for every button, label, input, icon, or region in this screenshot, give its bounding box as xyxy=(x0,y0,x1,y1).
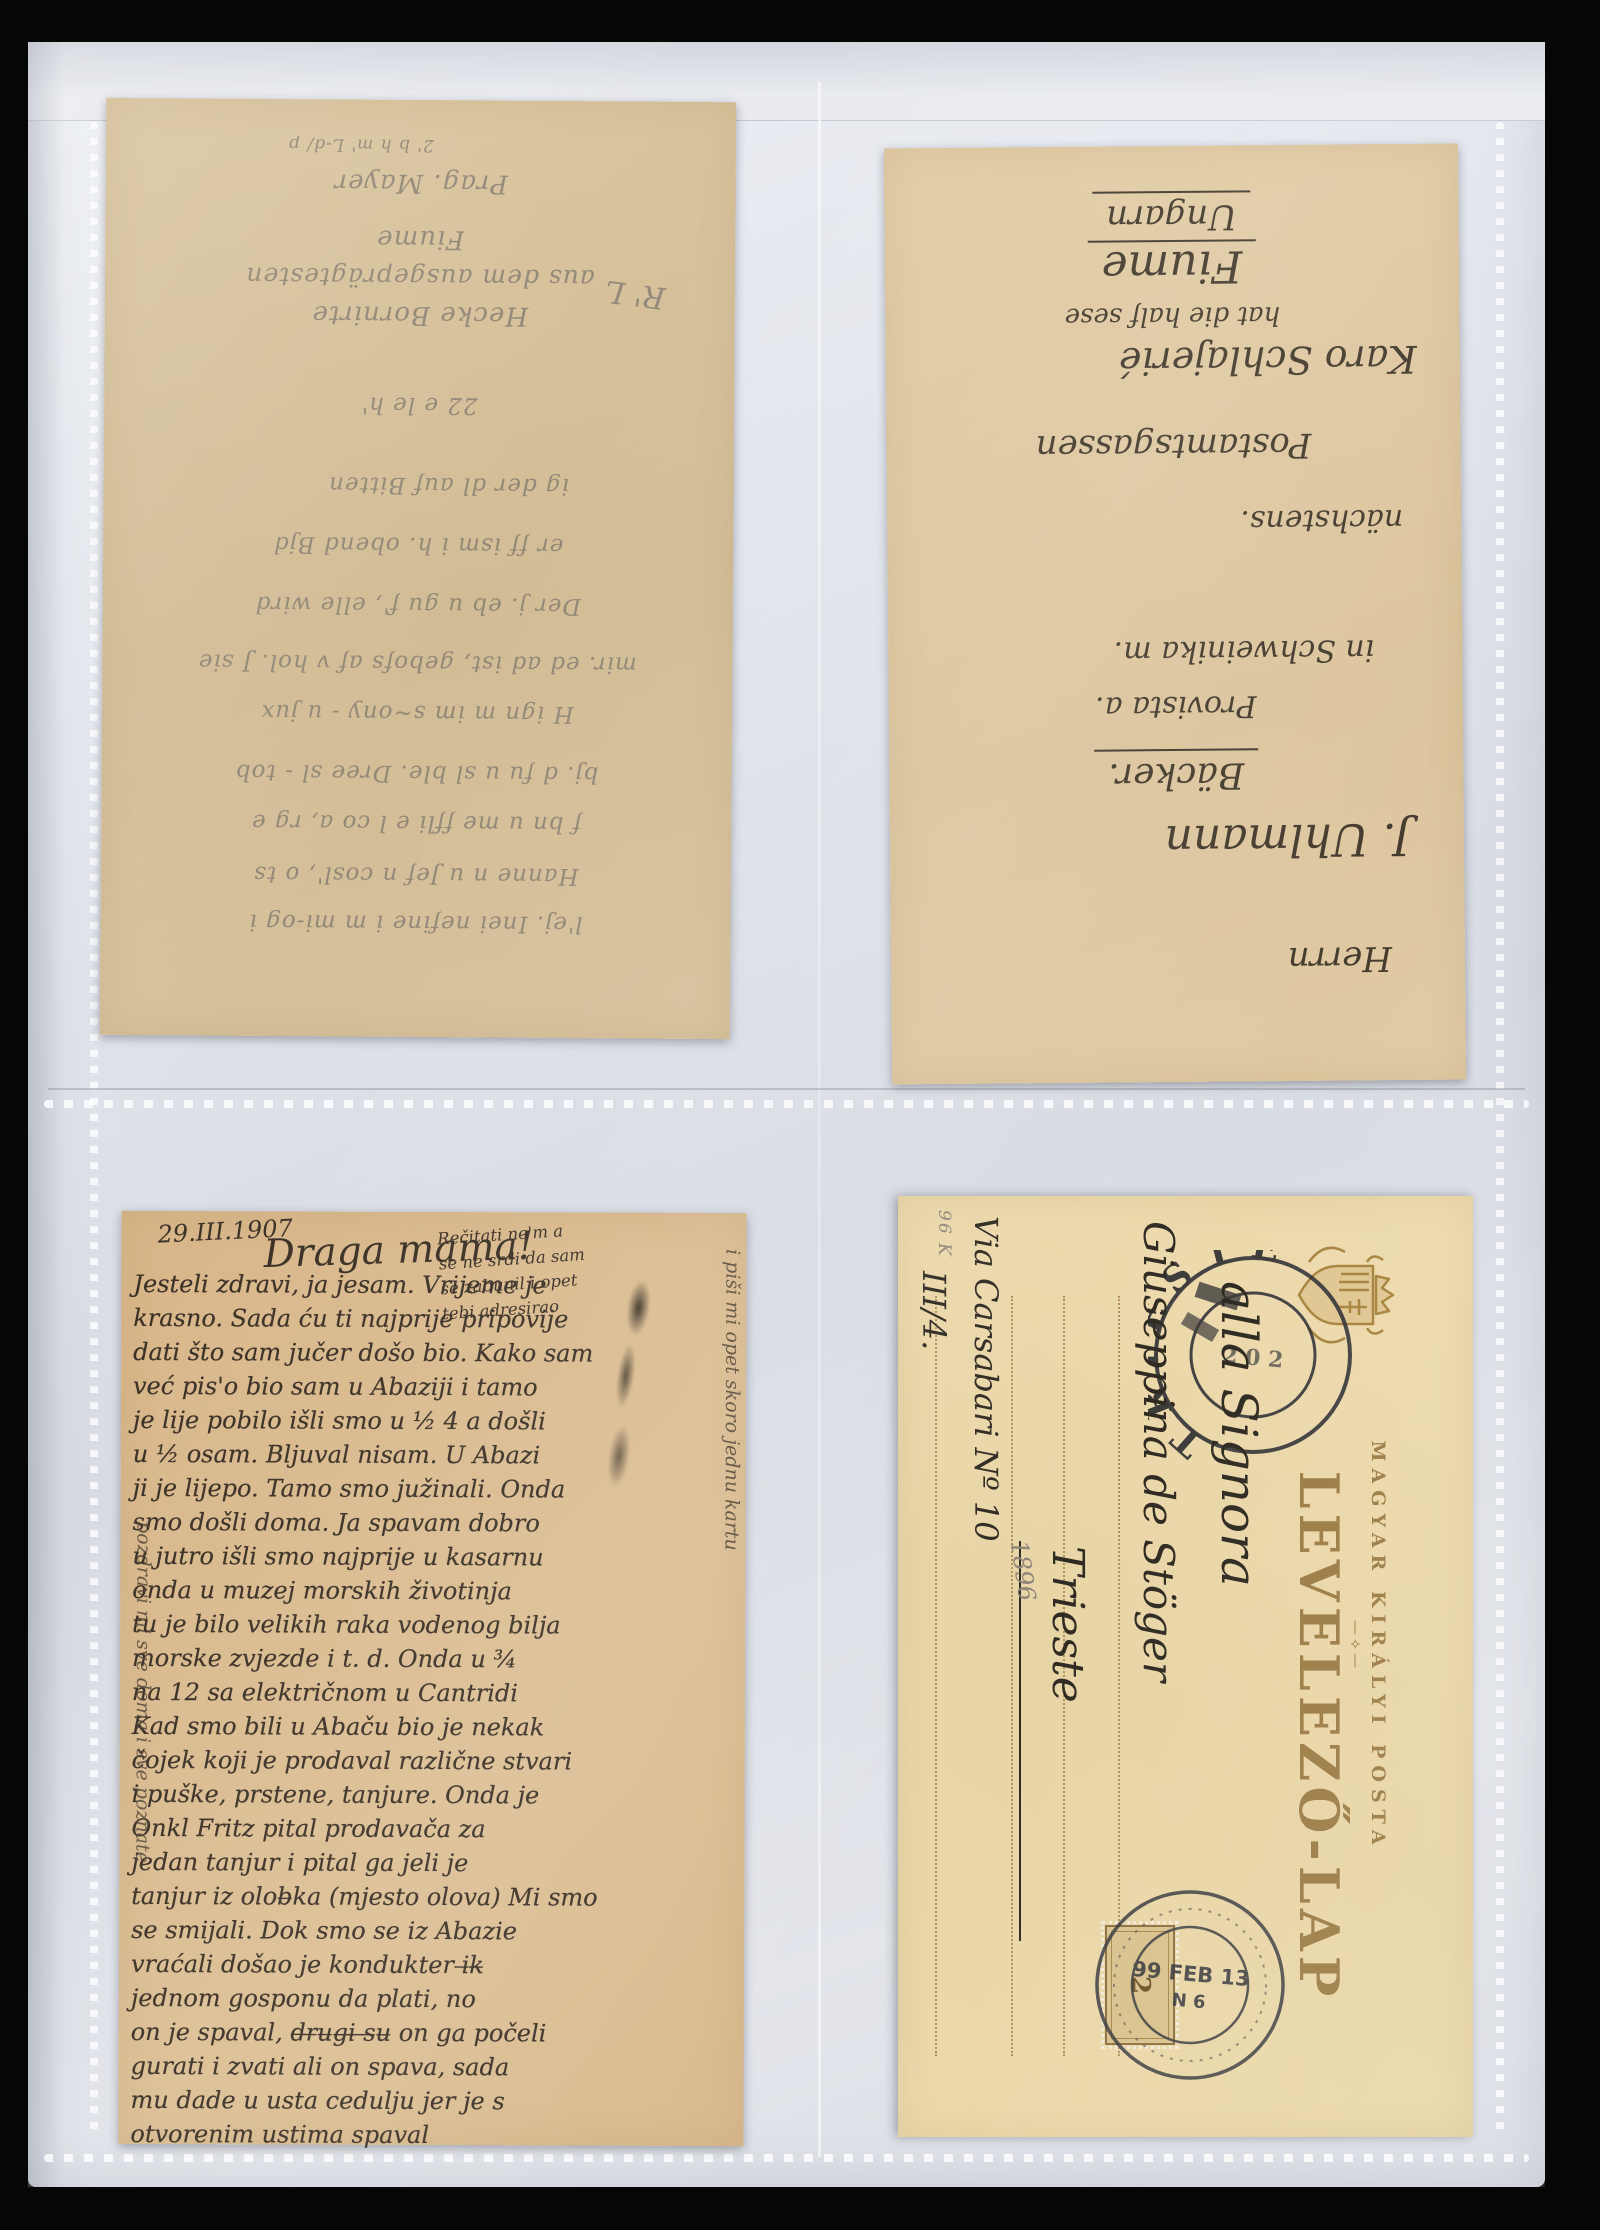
address-line: alla Signora xyxy=(1210,1281,1268,1587)
letter-line: morske zvjezde i t. d. Onda u ¾ xyxy=(132,1641,739,1677)
handwriting-line: hat die half sese xyxy=(913,292,1431,341)
handwriting-line: 22 e le h' xyxy=(126,384,712,426)
address-ruling-line xyxy=(1011,1296,1013,2056)
sender-line: Via Carsabari Nº 10 xyxy=(967,1216,1005,1542)
sleeve-left-shade xyxy=(28,42,64,2187)
imprint-small-text: MAGYAR KIRÁLYI POSTA xyxy=(1367,1346,1389,1946)
handwriting-line: 2' b h m' L-d/ p xyxy=(128,124,714,166)
handwriting-line: Bäcker. xyxy=(917,747,1435,800)
letter-line: i puške, prstene, tanjure. Onda je xyxy=(132,1777,739,1813)
address-line: Giuseppina de Stöger xyxy=(1134,1221,1183,1682)
handwriting-line: Der j. eb u gu f', elle wird xyxy=(125,584,711,626)
letter-line: jednom gosponu da plati, no xyxy=(131,1981,738,2017)
letter-line: je lije pobilo išli smo u ½ 4 a došli xyxy=(133,1403,740,1439)
margin-note-left: pozdravi mi sve doma i sve poznate xyxy=(131,1521,155,2041)
upside-down-ink-text: Herrn J. Uhlmann Bäcker. Provista a. in … xyxy=(912,169,1437,1029)
sleeve-stitch-right xyxy=(1496,122,1504,2132)
letter-line: u jutro išli smo najprije u kasarnu xyxy=(132,1539,739,1575)
handwriting-line: Karo Schlajerié xyxy=(914,337,1432,386)
letter-line: tu je bilo velikih raka vodenog bilja xyxy=(132,1607,739,1643)
margin-note-right: i piši mi opet skoro jednu kartu xyxy=(720,1249,743,1649)
sleeve-center-seam xyxy=(818,82,821,2157)
handwriting-line: bj. d fu u sl ble. Dree sl - tob xyxy=(123,752,709,794)
upside-down-pencil-text: l'ej. Inei nefine i m mi-og i Hanne n u … xyxy=(122,138,714,944)
address-ruling-line xyxy=(935,1296,937,2056)
postcard-bottom-left: 29.III.1907 Draga mama! Rečitati ne'm a … xyxy=(118,1211,746,2146)
sleeve-stitch-left xyxy=(90,122,98,2132)
letter-line: on je spaval, d̶r̶u̶g̶i̶ ̶s̶u̶ on ga poč… xyxy=(131,2015,738,2051)
handwriting-line: Fiume xyxy=(127,218,713,260)
letter-line: Kad smo bili u Abaču bio je nekak xyxy=(132,1709,739,1745)
letter-line: onda u muzej morskih životinja xyxy=(132,1573,739,1609)
letter-line: Jesteli zdravi, ja jesam. Vrijeme je xyxy=(133,1267,740,1303)
handwriting-line: ig der dl auf Bitten xyxy=(125,464,711,506)
address-line: Trieste xyxy=(1042,1546,1093,1703)
handwriting-line: Herrn xyxy=(919,936,1437,985)
handwriting-line: aus dem ausgeprägtesten xyxy=(127,256,713,298)
svg-text:N 6: N 6 xyxy=(1171,1990,1207,2014)
handwriting-line: Hecke Bornirte xyxy=(127,294,713,336)
sleeve-stitch-bottom xyxy=(44,2154,1529,2162)
postcard-top-right: Herrn J. Uhlmann Bäcker. Provista a. in … xyxy=(884,144,1466,1085)
letter-line: već pis'o bio sam u Abaziji i tamo xyxy=(133,1369,740,1405)
letter-body: Jesteli zdravi, ja jesam. Vrijeme je kra… xyxy=(130,1267,740,2153)
imprint-large-text: LEVELEZŐ-LAP xyxy=(1287,1446,1351,2026)
handwriting-line: Fiume xyxy=(913,238,1431,291)
postcard-bottom-right: MAGYAR KIRÁLYI POSTA —⟡— LEVELEZŐ-LAP TR… xyxy=(898,1196,1473,2137)
letter-line: dati što sam jučer došo bio. Kako sam xyxy=(133,1335,740,1371)
handwriting-line: Hanne n u Jef n cosl', o ts xyxy=(123,854,709,896)
handwriting-line: f bn u me ffli e l co a, rg e xyxy=(123,802,709,844)
letter-line: u ½ osam. Bljuval nisam. U Abazi xyxy=(133,1437,740,1473)
handwriting-line: J. Uhlmann xyxy=(918,816,1436,865)
handwriting-line: Postamtsgassen xyxy=(914,422,1432,471)
letter-line: čojek koji je prodaval različne stvari xyxy=(132,1743,739,1779)
pencil-series-mark: 96 K xyxy=(934,1210,954,1258)
letter-line: otvorenim ustima spaval xyxy=(130,2117,737,2153)
handwriting-line: Ungarn xyxy=(912,189,1430,242)
handwriting-line: mir. ed ad ist, gebofs af v hol. J sie xyxy=(124,642,710,684)
letter-line: smo došli doma. Ja spavam dobro xyxy=(132,1505,739,1541)
letter-line: ji je lijepo. Tamo smo južinali. Onda xyxy=(133,1471,740,1507)
handwriting-line: er ff ism i h. obend Bjd xyxy=(125,524,711,566)
handwriting-line: in Schweinika m. xyxy=(916,627,1434,676)
letter-line: mu dade u usta cedulju jer je s xyxy=(130,2083,737,2119)
postcard-top-left: R' L l'ej. Inei nefine i m mi-og i Hanne… xyxy=(100,98,737,1039)
sleeve-stitch-middle xyxy=(44,1100,1529,1108)
letter-line: se smijali. Dok smo se iz Abazie xyxy=(131,1913,738,1949)
handwriting-line: Prag. Mayer xyxy=(128,162,714,204)
letter-line: tanjur iz olob̶ka (mjesto olova) Mi smo xyxy=(131,1879,738,1915)
letter-line: na 12 sa električnom u Cantridi xyxy=(132,1675,739,1711)
pocket-edge-shadow xyxy=(48,1088,1525,1090)
album-photo: R' L l'ej. Inei nefine i m mi-og i Hanne… xyxy=(0,0,1600,2230)
handwriting-line: l'ej. Inei nefine i m mi-og i xyxy=(122,902,708,944)
underlined-word: Ungarn xyxy=(1092,190,1251,239)
underlined-word: Fiume xyxy=(1087,239,1256,288)
handwriting-line: H ign m im s~ony - u jux xyxy=(124,692,710,734)
sender-line: III/4. xyxy=(915,1271,953,1350)
letter-line: Onkl Fritz pital prodavača za xyxy=(131,1811,738,1847)
letter-line: gurati i zvati ali on spava, sada xyxy=(131,2049,738,2085)
letter-line: jedan tanjur i pital ga jeli je xyxy=(131,1845,738,1881)
letter-line: vraćali došao je kondukter i̶k̶ xyxy=(131,1947,738,1983)
handwriting-line: nächstens. xyxy=(915,497,1433,546)
underlined-word: Bäcker. xyxy=(1094,748,1258,797)
letter-line: krasno. Sada ću ti najprije pripovije xyxy=(133,1301,740,1337)
handwriting-line: Provista a. xyxy=(917,682,1435,731)
svg-text:99 FEB 13: 99 FEB 13 xyxy=(1131,1957,1250,1991)
arrival-postmark-icon: 99 FEB 13 N 6 xyxy=(1082,1877,1299,2094)
